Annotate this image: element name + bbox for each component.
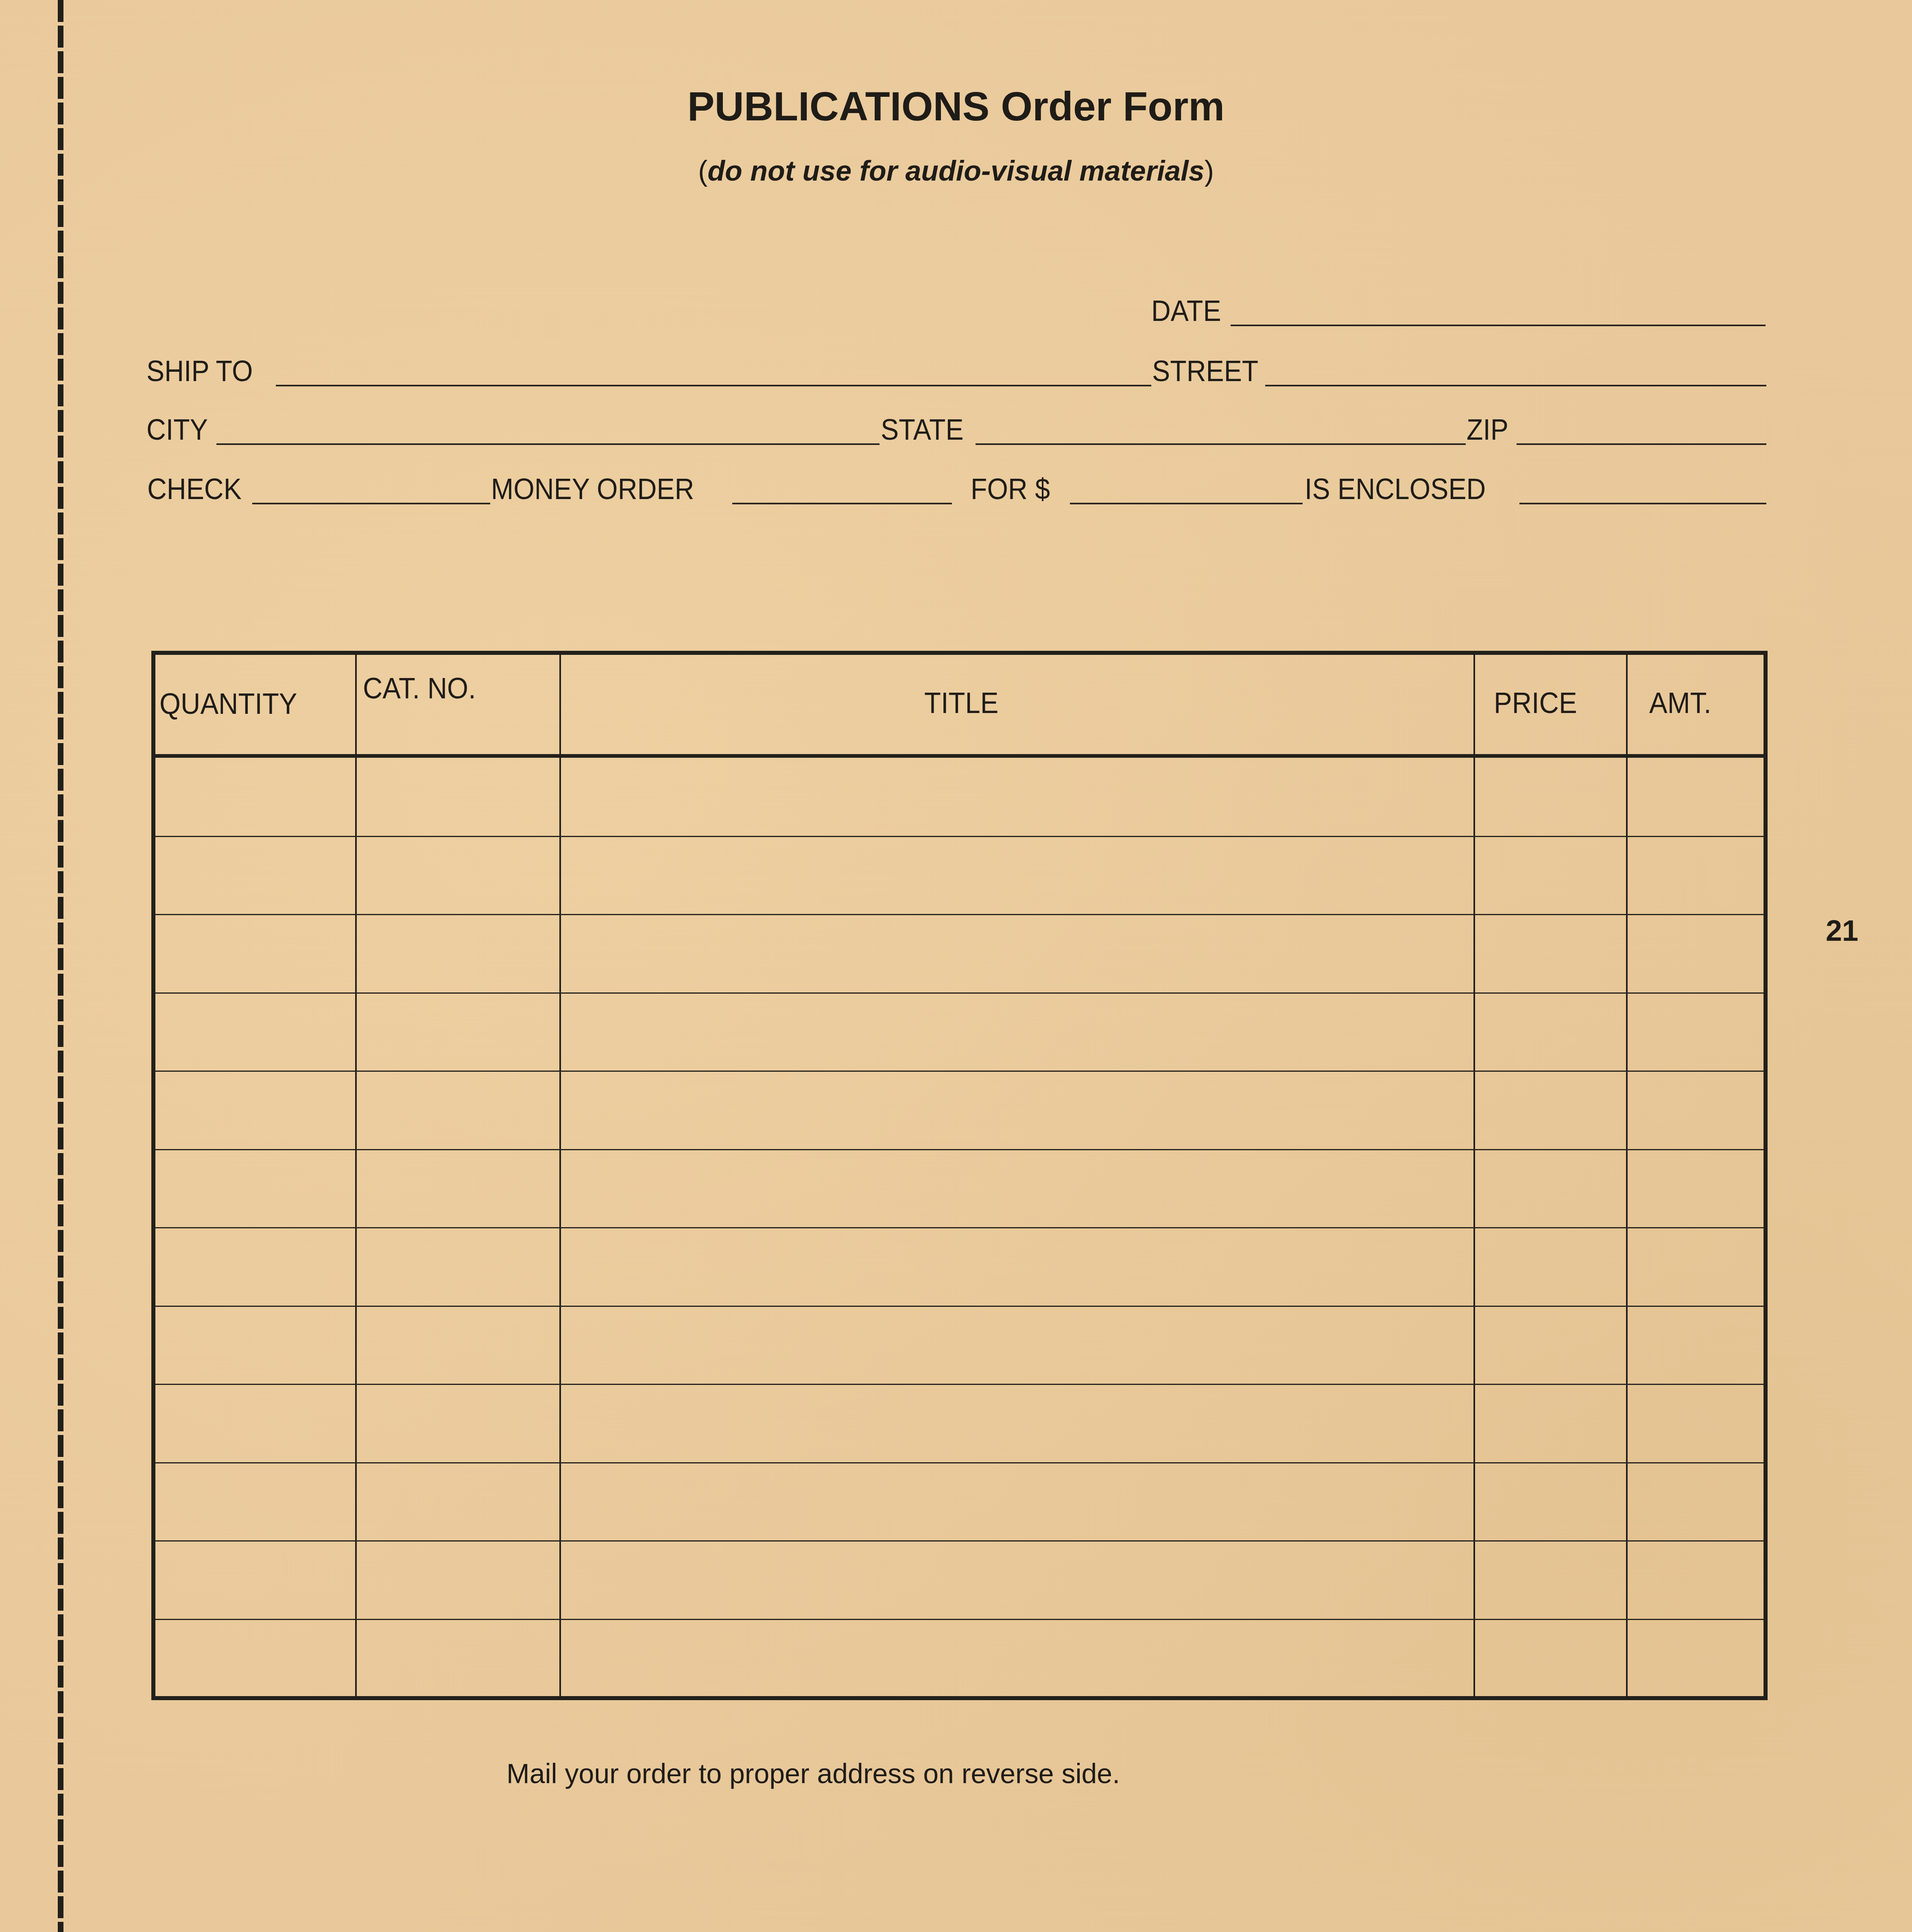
for-amount-field[interactable] — [1070, 503, 1303, 504]
cell-amt[interactable] — [1626, 1385, 1764, 1463]
cell-quantity[interactable] — [155, 914, 355, 993]
col-header-quantity: QUANTITY — [159, 687, 297, 721]
zip-label: ZIP — [1467, 412, 1508, 448]
cell-price[interactable] — [1473, 1228, 1626, 1306]
cell-amt[interactable] — [1626, 993, 1764, 1071]
cell-cat-no[interactable] — [355, 1385, 559, 1463]
form-row-date: DATE — [0, 293, 1912, 329]
cell-quantity[interactable] — [155, 1149, 355, 1228]
ship-to-label: SHIP TO — [146, 353, 253, 390]
cell-quantity[interactable] — [155, 758, 355, 836]
street-field[interactable] — [1265, 385, 1766, 386]
city-field[interactable] — [216, 443, 880, 445]
cell-amt[interactable] — [1626, 836, 1764, 915]
cell-quantity[interactable] — [155, 1071, 355, 1149]
cell-cat-no[interactable] — [355, 758, 559, 836]
col-header-price: PRICE — [1494, 687, 1577, 720]
cell-price[interactable] — [1473, 1463, 1626, 1541]
col-header-amt: AMT. — [1649, 687, 1711, 720]
money-order-label: MONEY ORDER — [491, 471, 694, 508]
cell-price[interactable] — [1473, 1620, 1626, 1698]
cell-amt[interactable] — [1626, 1541, 1764, 1620]
is-enclosed-label: IS ENCLOSED — [1305, 471, 1486, 508]
cell-cat-no[interactable] — [355, 1620, 559, 1698]
cell-price[interactable] — [1473, 914, 1626, 993]
cell-price[interactable] — [1473, 993, 1626, 1071]
cell-title[interactable] — [559, 1541, 1473, 1620]
cell-quantity[interactable] — [155, 1463, 355, 1541]
cell-title[interactable] — [559, 993, 1473, 1071]
cell-cat-no[interactable] — [355, 836, 559, 915]
form-row-ship-to: SHIP TO STREET — [0, 353, 1912, 390]
check-label: CHECK — [147, 471, 242, 508]
page-number: 21 — [1826, 914, 1858, 948]
cell-price[interactable] — [1473, 1306, 1626, 1385]
cell-amt[interactable] — [1626, 758, 1764, 836]
street-label: STREET — [1152, 353, 1258, 390]
cell-cat-no[interactable] — [355, 1541, 559, 1620]
city-label: CITY — [146, 412, 208, 448]
cell-title[interactable] — [559, 836, 1473, 915]
cell-title[interactable] — [559, 1228, 1473, 1306]
cell-amt[interactable] — [1626, 914, 1764, 993]
cell-amt[interactable] — [1626, 1149, 1764, 1228]
cell-price[interactable] — [1473, 1541, 1626, 1620]
subtitle-paren-close: ) — [1205, 155, 1214, 187]
cell-quantity[interactable] — [155, 1306, 355, 1385]
money-order-field[interactable] — [732, 503, 952, 504]
page-title: PUBLICATIONS Order Form — [0, 83, 1912, 130]
col-header-cat-no: CAT. NO. — [363, 672, 476, 705]
cell-quantity[interactable] — [155, 1620, 355, 1698]
cell-cat-no[interactable] — [355, 993, 559, 1071]
zip-field[interactable] — [1517, 443, 1766, 445]
cell-title[interactable] — [559, 914, 1473, 993]
cell-amt[interactable] — [1626, 1306, 1764, 1385]
cell-quantity[interactable] — [155, 1228, 355, 1306]
cell-quantity[interactable] — [155, 1385, 355, 1463]
cell-quantity[interactable] — [155, 1541, 355, 1620]
cell-amt[interactable] — [1626, 1620, 1764, 1698]
state-field[interactable] — [976, 443, 1466, 445]
footer-note: Mail your order to proper address on rev… — [506, 1758, 1120, 1790]
table-header: QUANTITY CAT. NO. TITLE PRICE AMT. — [155, 655, 1764, 758]
page-subtitle: (do not use for audio-visual materials) — [0, 155, 1912, 187]
form-row-city: CITY STATE ZIP — [0, 412, 1912, 448]
cell-title[interactable] — [559, 1463, 1473, 1541]
subtitle-paren-open: ( — [698, 155, 707, 187]
ship-to-field[interactable] — [276, 385, 1151, 386]
cell-title[interactable] — [559, 1306, 1473, 1385]
cell-title[interactable] — [559, 1385, 1473, 1463]
cell-cat-no[interactable] — [355, 1463, 559, 1541]
check-field[interactable] — [252, 503, 490, 504]
cell-amt[interactable] — [1626, 1228, 1764, 1306]
is-enclosed-field[interactable] — [1519, 503, 1766, 504]
cell-title[interactable] — [559, 1620, 1473, 1698]
cell-title[interactable] — [559, 1071, 1473, 1149]
cell-amt[interactable] — [1626, 1463, 1764, 1541]
cell-price[interactable] — [1473, 1385, 1626, 1463]
state-label: STATE — [881, 412, 964, 448]
form-row-payment: CHECK MONEY ORDER FOR $ IS ENCLOSED — [0, 471, 1912, 508]
cell-price[interactable] — [1473, 836, 1626, 915]
title-publications: PUBLICATIONS — [688, 84, 990, 129]
cell-cat-no[interactable] — [355, 1071, 559, 1149]
cell-price[interactable] — [1473, 1149, 1626, 1228]
cell-cat-no[interactable] — [355, 1228, 559, 1306]
col-header-title: TITLE — [924, 687, 998, 720]
cell-quantity[interactable] — [155, 836, 355, 915]
cell-price[interactable] — [1473, 758, 1626, 836]
cell-quantity[interactable] — [155, 993, 355, 1071]
order-table: QUANTITY CAT. NO. TITLE PRICE AMT. — [151, 651, 1768, 1700]
cut-line-dashed — [58, 0, 63, 1932]
cell-title[interactable] — [559, 758, 1473, 836]
cell-cat-no[interactable] — [355, 1306, 559, 1385]
cell-title[interactable] — [559, 1149, 1473, 1228]
date-label: DATE — [1151, 293, 1221, 329]
cell-cat-no[interactable] — [355, 914, 559, 993]
title-order-form: Order Form — [1001, 84, 1224, 129]
cell-amt[interactable] — [1626, 1071, 1764, 1149]
for-amount-label: FOR $ — [971, 471, 1050, 508]
date-field[interactable] — [1231, 325, 1766, 326]
subtitle-text: do not use for audio-visual materials — [707, 155, 1204, 187]
cell-price[interactable] — [1473, 1071, 1626, 1149]
cell-cat-no[interactable] — [355, 1149, 559, 1228]
